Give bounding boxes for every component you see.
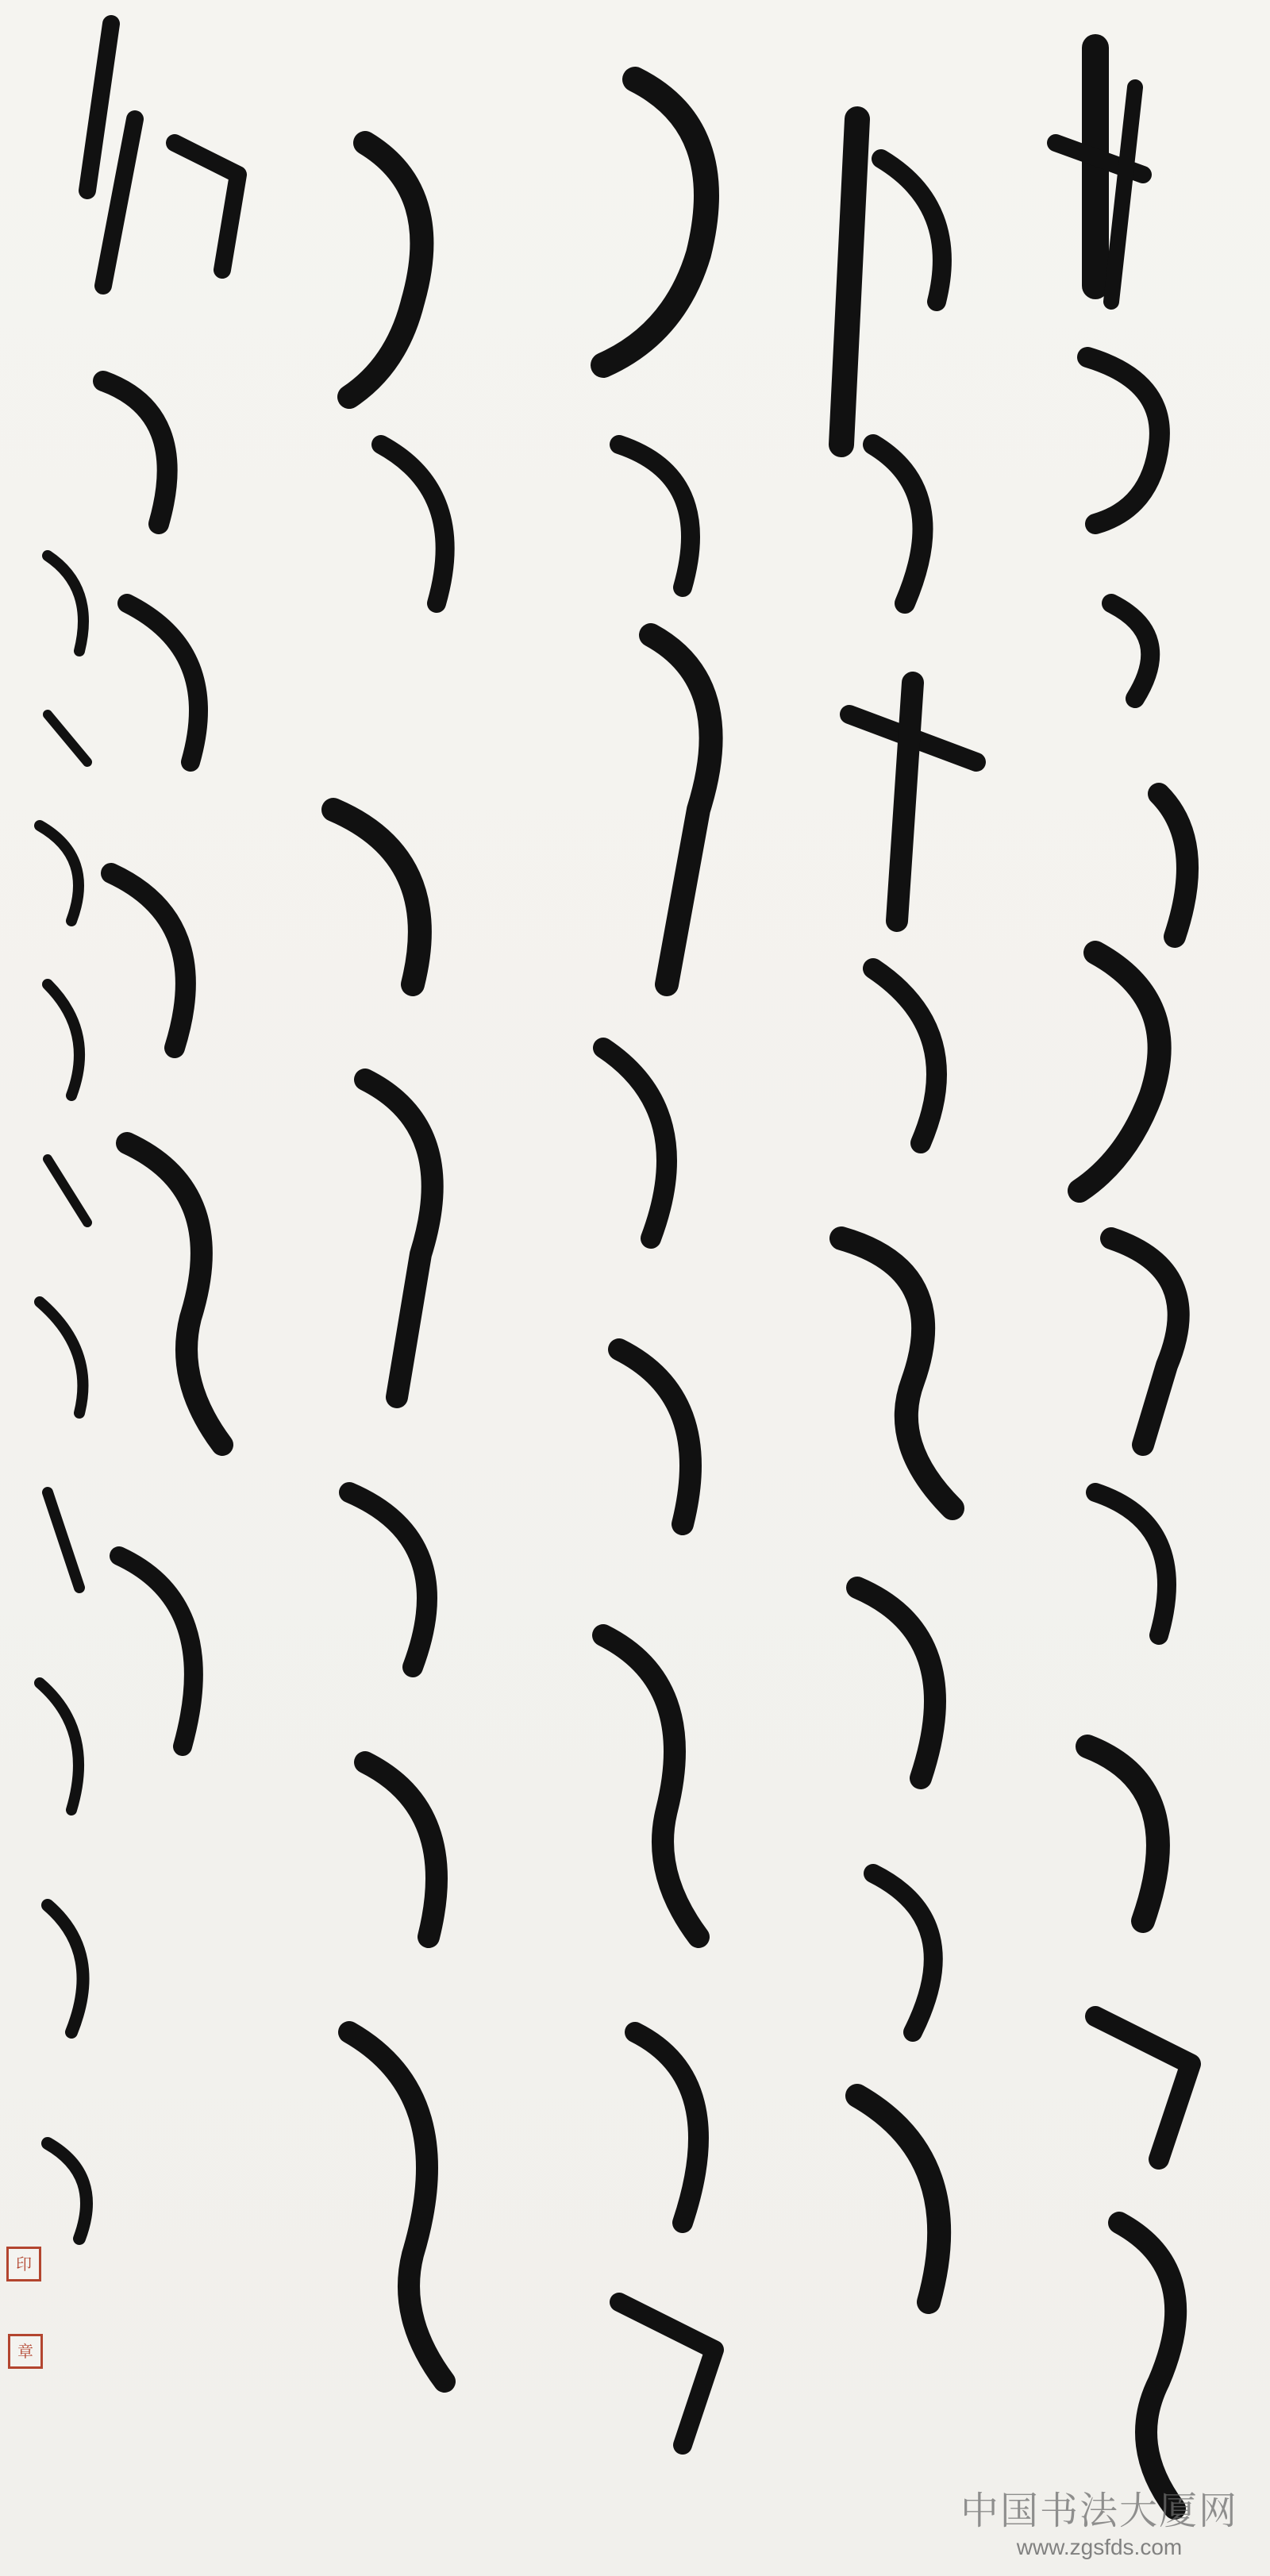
calligraphy-strokes (0, 0, 1270, 2576)
watermark-url: www.zgsfds.com (960, 2535, 1238, 2560)
watermark: 中国书法大厦网 www.zgsfds.com (960, 2480, 1238, 2560)
seal-stamp: seal-2章 (8, 2334, 43, 2369)
seal-stamp: seal-1印 (6, 2247, 41, 2281)
watermark-chinese: 中国书法大厦网 (960, 2480, 1238, 2535)
